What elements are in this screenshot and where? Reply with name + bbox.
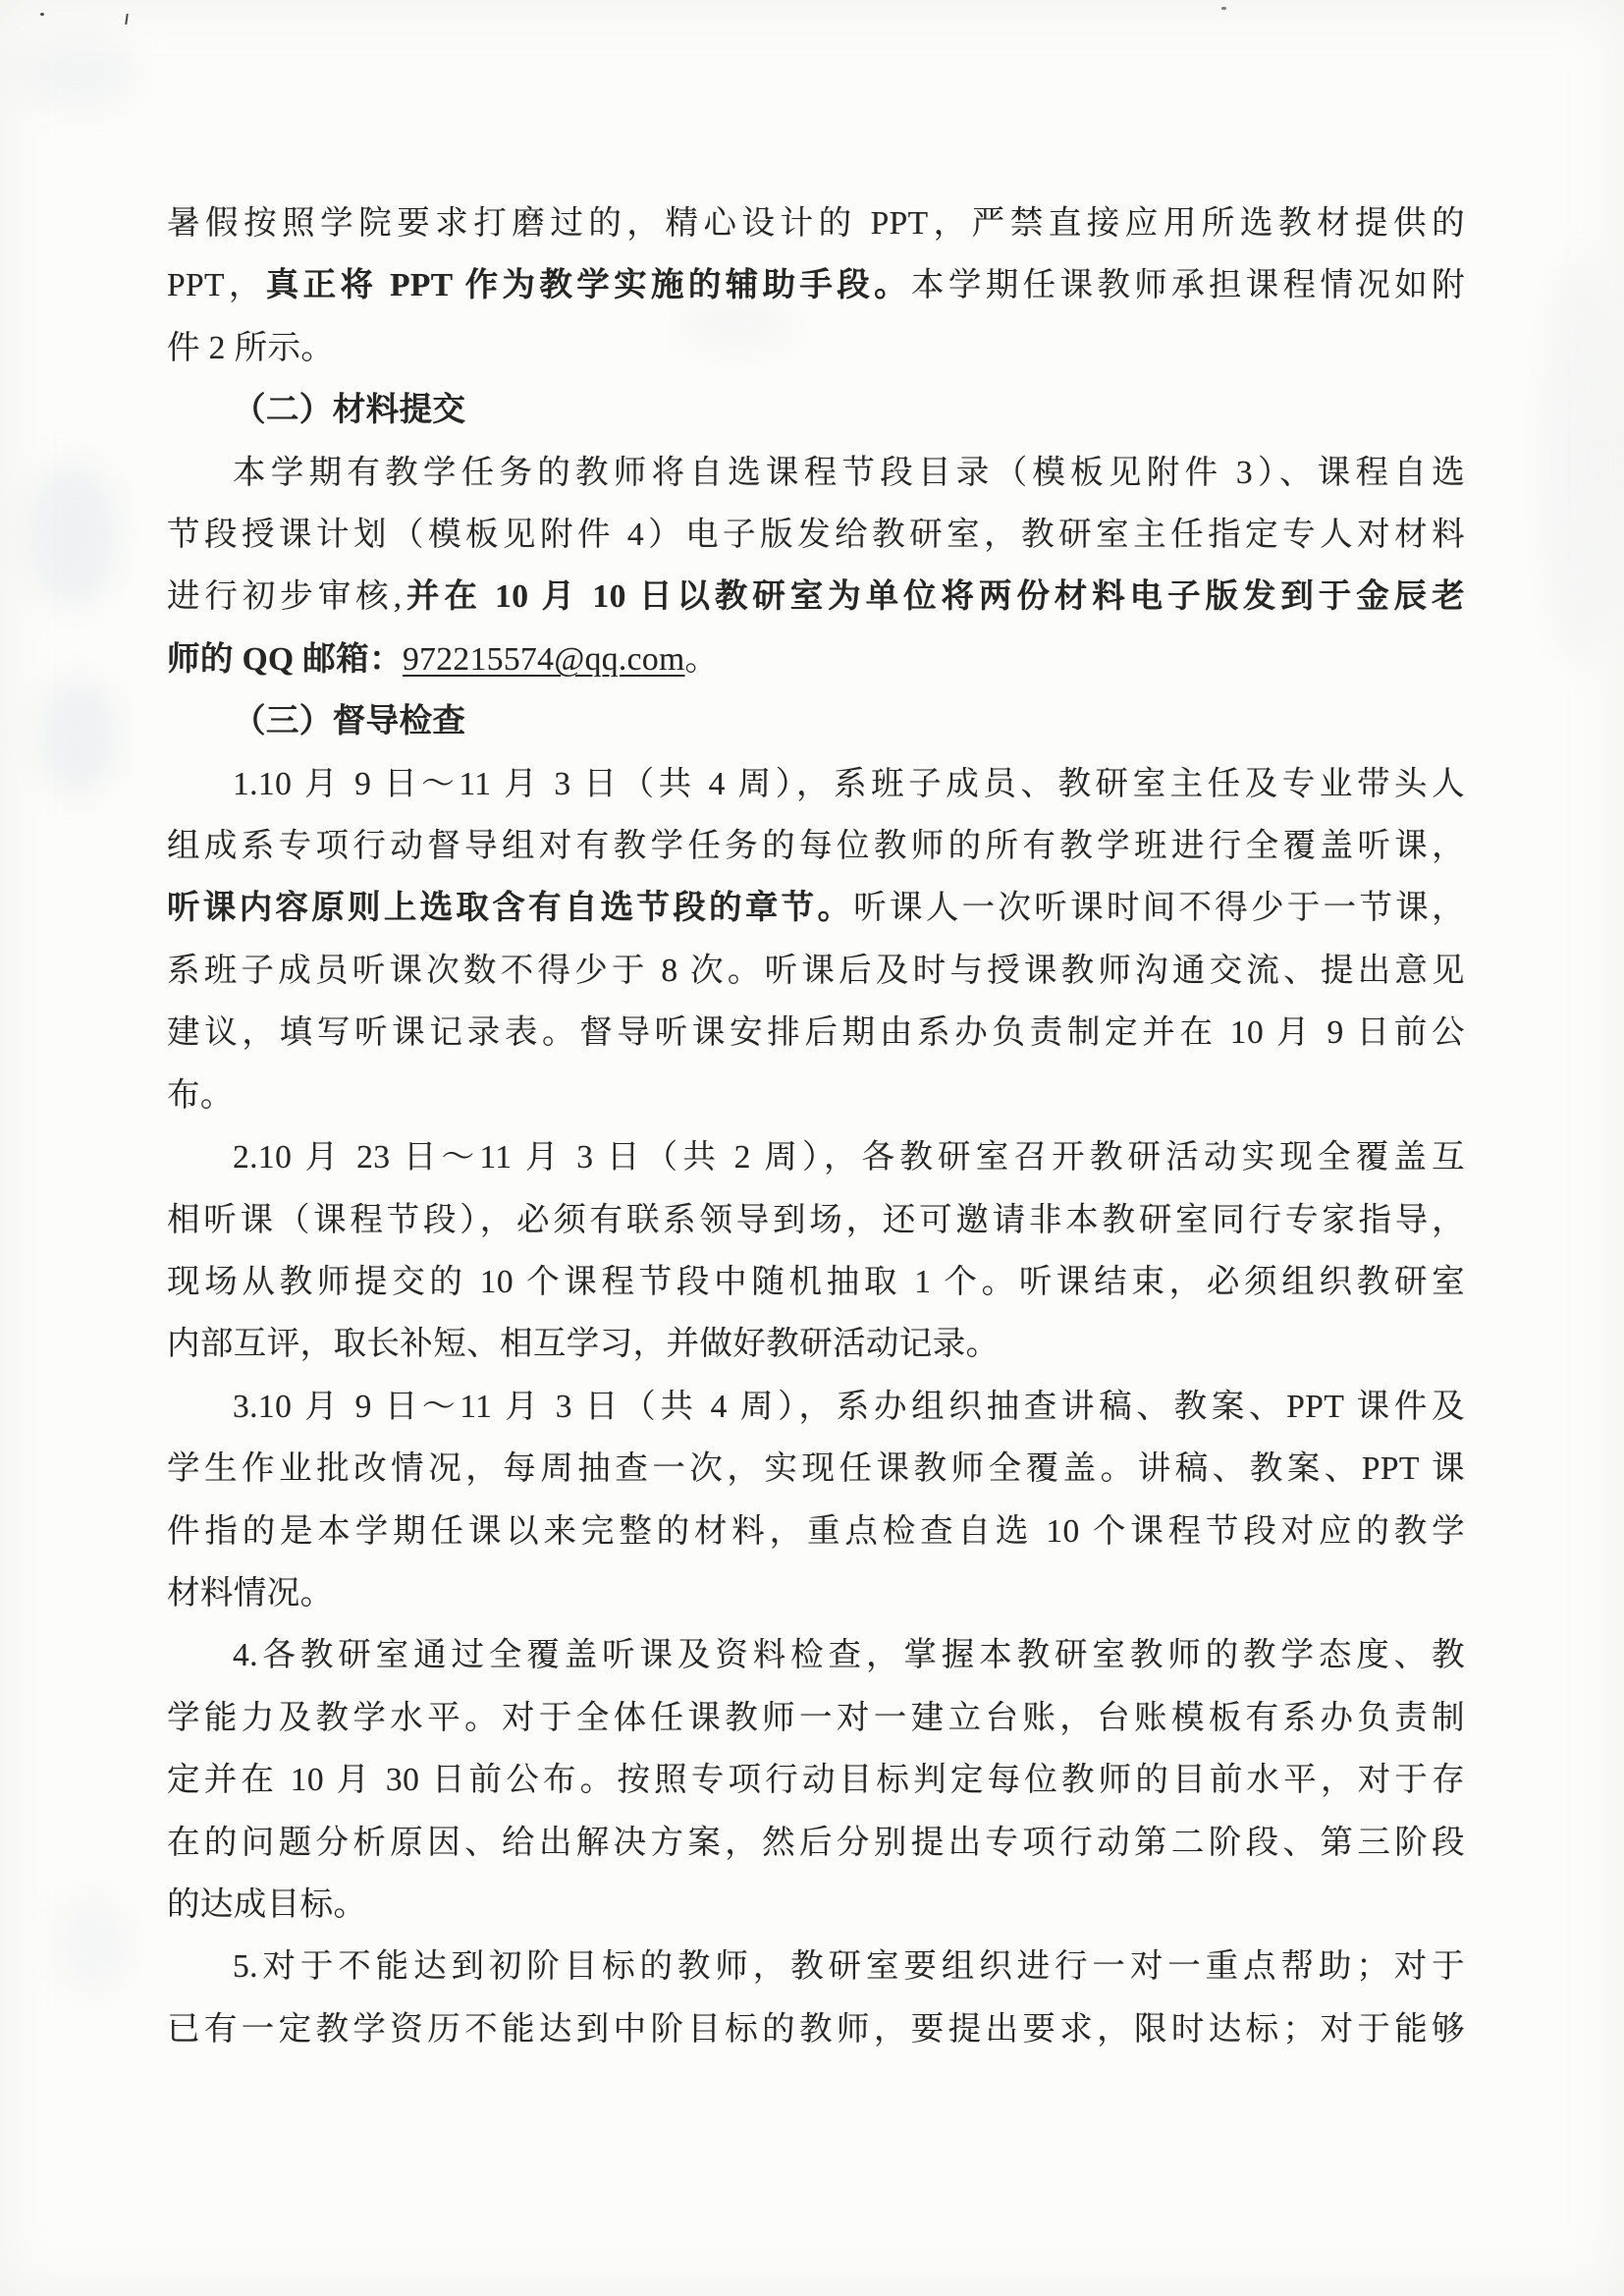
text-line: 5.对于不能达到初阶目标的教师，教研室要组织进行一对一重点帮助；对于 <box>167 1936 1465 1997</box>
text-line: 本学期有教学任务的教师将自选课程节段目录（模板见附件 3）、课程自选 <box>167 442 1465 504</box>
text-segment: 材料情况。 <box>167 1575 334 1612</box>
text-line: 1.10 月 9 日～11 月 3 日（共 4 周），系班子成员、教研室主任及专… <box>167 753 1465 815</box>
text-line: 进行初步审核,并在 10 月 10 日以教研室为单位将两份材料电子版发到于金辰老 <box>167 566 1465 628</box>
text-line: 3.10 月 9 日～11 月 3 日（共 4 周），系办组织抽查讲稿、教案、P… <box>167 1376 1465 1438</box>
text-line: PPT，真正将 PPT 作为教学实施的辅助手段。本学期任课教师承担课程情况如附 <box>167 254 1465 316</box>
document-body: 暑假按照学院要求打磨过的，精心设计的 PPT，严禁直接应用所选教材提供的PPT，… <box>167 192 1465 2060</box>
text-segment: 进行初步审核, <box>167 578 402 615</box>
text-segment: 1.10 月 9 日～11 月 3 日（共 4 周），系班子成员、教研室主任及专… <box>233 766 1465 802</box>
text-segment: 学生作业批改情况，每周抽查一次，实现任课教师全覆盖。讲稿、教案、PPT 课 <box>167 1450 1465 1487</box>
text-segment: 系班子成员听课次数不得少于 8 次。听课后及时与授课教师沟通交流、提出意见 <box>167 953 1465 989</box>
text-segment: （三）督导检查 <box>233 703 465 739</box>
text-line: （三）督导检查 <box>167 690 1465 752</box>
text-segment: 定并在 10 月 30 日前公布。按照专项行动目标判定每位教师的目前水平，对于存 <box>167 1762 1465 1798</box>
text-segment: 2.10 月 23 日～11 月 3 日（共 2 周），各教研室召开教研活动实现… <box>233 1139 1465 1175</box>
scan-blotch <box>29 462 118 609</box>
scan-speck <box>125 14 129 25</box>
text-line: 学能力及教学水平。对于全体任课教师一对一建立台账，台账模板有系办负责制 <box>167 1687 1465 1749</box>
text-segment: 相听课（课程节段），必须有联系领导到场，还可邀请非本教研室同行专家指导， <box>167 1202 1465 1238</box>
text-line: 已有一定教学资历不能达到中阶目标的教师，要提出要求，限时达标；对于能够 <box>167 1998 1465 2060</box>
text-segment: 在的问题分析原因、给出解决方案，然后分别提出专项行动第二阶段、第三阶段 <box>167 1825 1465 1861</box>
text-segment: 的达成目标。 <box>167 1886 366 1923</box>
text-segment: 建议，填写听课记录表。督导听课安排后期由系办负责制定并在 10 月 9 日前公 <box>167 1014 1465 1051</box>
text-line: 2.10 月 23 日～11 月 3 日（共 2 周），各教研室召开教研活动实现… <box>167 1126 1465 1188</box>
text-line: 件指的是本学期任课以来完整的材料，重点检查自选 10 个课程节段对应的教学 <box>167 1501 1465 1562</box>
text-line: 内部互评，取长补短、相互学习，并做好教研活动记录。 <box>167 1313 1465 1375</box>
text-segment: 并在 10 月 10 日以教研室为单位将两份材料电子版发到于金辰老 <box>402 578 1465 615</box>
text-line: 的达成目标。 <box>167 1874 1465 1936</box>
text-segment: 内部互评，取长补短、相互学习，并做好教研活动记录。 <box>167 1326 1000 1362</box>
text-line: 建议，填写听课记录表。督导听课安排后期由系办负责制定并在 10 月 9 日前公 <box>167 1002 1465 1064</box>
text-line: 暑假按照学院要求打磨过的，精心设计的 PPT，严禁直接应用所选教材提供的 <box>167 192 1465 254</box>
text-line: 定并在 10 月 30 日前公布。按照专项行动目标判定每位教师的目前水平，对于存 <box>167 1749 1465 1811</box>
text-segment: 听课内容原则上选取含有自选节段的章节。 <box>167 890 853 926</box>
text-segment: 真正将 PPT 作为教学实施的辅助手段。 <box>266 267 911 303</box>
text-segment: 件指的是本学期任课以来完整的材料，重点检查自选 10 个课程节段对应的教学 <box>167 1513 1465 1550</box>
text-line: 现场从教师提交的 10 个课程节段中随机抽取 1 个。听课结束，必须组织教研室 <box>167 1251 1465 1313</box>
text-line: 听课内容原则上选取含有自选节段的章节。听课人一次听课时间不得少于一节课， <box>167 877 1465 939</box>
text-segment: 布。 <box>167 1077 234 1114</box>
text-segment: 本学期有教学任务的教师将自选课程节段目录（模板见附件 3）、课程自选 <box>233 455 1465 491</box>
text-line: 师的 QQ 邮箱：972215574@qq.com。 <box>167 629 1465 690</box>
scan-blotch <box>1542 255 1610 668</box>
scan-speck <box>1221 7 1226 10</box>
text-line: （二）材料提交 <box>167 379 1465 441</box>
text-line: 件 2 所示。 <box>167 317 1465 379</box>
scan-blotch <box>20 39 137 108</box>
scan-blotch <box>39 678 118 795</box>
text-line: 布。 <box>167 1065 1465 1126</box>
text-segment: 已有一定教学资历不能达到中阶目标的教师，要提出要求，限时达标；对于能够 <box>167 2011 1465 2048</box>
text-segment: 件 2 所示。 <box>167 330 334 366</box>
scan-speck <box>40 13 44 16</box>
email-text: 972215574@qq.com <box>403 641 685 678</box>
text-segment: 4.各教研室通过全覆盖听课及资料检查，掌握本教研室教师的教学态度、教 <box>233 1637 1465 1673</box>
scan-blotch <box>59 1895 128 1994</box>
text-segment: 本学期任课教师承担课程情况如附 <box>911 267 1465 303</box>
text-line: 材料情况。 <box>167 1562 1465 1624</box>
text-line: 相听课（课程节段），必须有联系领导到场，还可邀请非本教研室同行专家指导， <box>167 1189 1465 1251</box>
text-line: 4.各教研室通过全覆盖听课及资料检查，掌握本教研室教师的教学态度、教 <box>167 1624 1465 1686</box>
text-segment: 组成系专项行动督导组对有教学任务的每位教师的所有教学班进行全覆盖听课， <box>167 828 1465 864</box>
text-line: 组成系专项行动督导组对有教学任务的每位教师的所有教学班进行全覆盖听课， <box>167 815 1465 877</box>
scanned-page: 暑假按照学院要求打磨过的，精心设计的 PPT，严禁直接应用所选教材提供的PPT，… <box>0 0 1624 2296</box>
text-line: 节段授课计划（模板见附件 4）电子版发给教研室，教研室主任指定专人对材料 <box>167 504 1465 566</box>
text-segment: （二）材料提交 <box>233 392 465 428</box>
text-segment: 暑假按照学院要求打磨过的，精心设计的 PPT，严禁直接应用所选教材提供的 <box>167 205 1465 242</box>
text-segment: 节段授课计划（模板见附件 4）电子版发给教研室，教研室主任指定专人对材料 <box>167 517 1465 553</box>
text-line: 在的问题分析原因、给出解决方案，然后分别提出专项行动第二阶段、第三阶段 <box>167 1812 1465 1874</box>
text-segment: 学能力及教学水平。对于全体任课教师一对一建立台账，台账模板有系办负责制 <box>167 1700 1465 1736</box>
text-segment: 师的 QQ 邮箱： <box>167 641 403 678</box>
text-segment: 3.10 月 9 日～11 月 3 日（共 4 周），系办组织抽查讲稿、教案、P… <box>233 1389 1465 1425</box>
text-line: 学生作业批改情况，每周抽查一次，实现任课教师全覆盖。讲稿、教案、PPT 课 <box>167 1438 1465 1500</box>
text-segment: 5.对于不能达到初阶目标的教师，教研室要组织进行一对一重点帮助；对于 <box>233 1948 1465 1985</box>
text-segment: 现场从教师提交的 10 个课程节段中随机抽取 1 个。听课结束，必须组织教研室 <box>167 1264 1465 1300</box>
text-segment: 听课人一次听课时间不得少于一节课， <box>853 890 1465 926</box>
text-segment: PPT， <box>167 267 266 303</box>
text-line: 系班子成员听课次数不得少于 8 次。听课后及时与授课教师沟通交流、提出意见 <box>167 940 1465 1002</box>
text-segment: 。 <box>685 641 719 678</box>
